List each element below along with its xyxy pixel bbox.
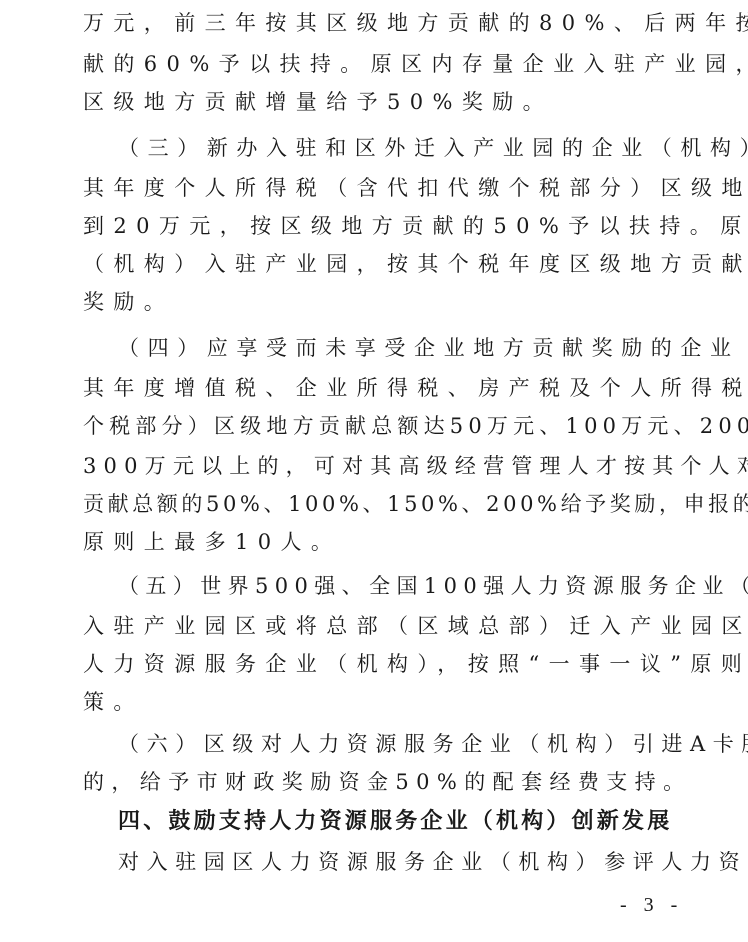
text-line-last: 对入驻园区人力资源服务企业（机构）参评人力资源诚信服 bbox=[118, 847, 718, 877]
text-line-17: 人力资源服务企业（机构），按照“一事一议”原则协商优惠政 bbox=[83, 649, 683, 679]
text-line-11: 个税部分）区级地方贡献总额达50万元、100万元、200万元、 bbox=[83, 411, 683, 441]
paragraph-5-start: （五）世界500强、全国100强人力资源服务企业（机构） bbox=[118, 571, 718, 601]
text-line-8: 奖励。 bbox=[83, 287, 683, 317]
text-line-1: 万元，前三年按其区级地方贡献的80%、后两年按其区级地方贡 bbox=[83, 8, 683, 38]
page-number: - 3 - bbox=[620, 894, 683, 917]
document-page: 万元，前三年按其区级地方贡献的80%、后两年按其区级地方贡 献的60%予以扶持。… bbox=[0, 0, 748, 942]
text-line-2: 献的60%予以扶持。原区内存量企业入驻产业园，按其企业年度 bbox=[83, 49, 683, 79]
text-line-18: 策。 bbox=[83, 687, 683, 717]
paragraph-4-start: （四）应享受而未享受企业地方贡献奖励的企业（机构）， bbox=[118, 333, 718, 363]
text-line-6: 到20万元，按区级地方贡献的50%予以扶持。原区内存量企业 bbox=[83, 211, 683, 241]
paragraph-6-start: （六）区级对人力资源服务企业（机构）引进A卡服务对象 bbox=[118, 729, 718, 759]
text-line-20: 的，给予市财政奖励资金50%的配套经费支持。 bbox=[83, 767, 683, 797]
section-heading: 四、鼓励支持人力资源服务企业（机构）创新发展 bbox=[118, 807, 718, 837]
text-line-5: 其年度个人所得税（含代扣代缴个税部分）区级地方贡献合计达 bbox=[83, 173, 683, 203]
text-line-3: 区级地方贡献增量给予50%奖励。 bbox=[83, 87, 683, 117]
text-line-14: 原则上最多10人。 bbox=[83, 527, 683, 557]
text-line-10: 其年度增值税、企业所得税、房产税及个人所得税（含代扣代缴 bbox=[83, 373, 683, 403]
paragraph-3-start: （三）新办入驻和区外迁入产业园的企业（机构），五年内， bbox=[118, 133, 718, 163]
text-line-12: 300万元以上的，可对其高级经营管理人才按其个人对区级地方 bbox=[83, 451, 683, 481]
text-line-7: （机构）入驻产业园，按其个税年度区级地方贡献增量给予50% bbox=[83, 249, 683, 279]
text-line-13: 贡献总额的50%、100%、150%、200%给予奖励，申报的高管人数 bbox=[83, 489, 683, 519]
text-line-16: 入驻产业园区或将总部（区域总部）迁入产业园区的国内外知名 bbox=[83, 611, 683, 641]
